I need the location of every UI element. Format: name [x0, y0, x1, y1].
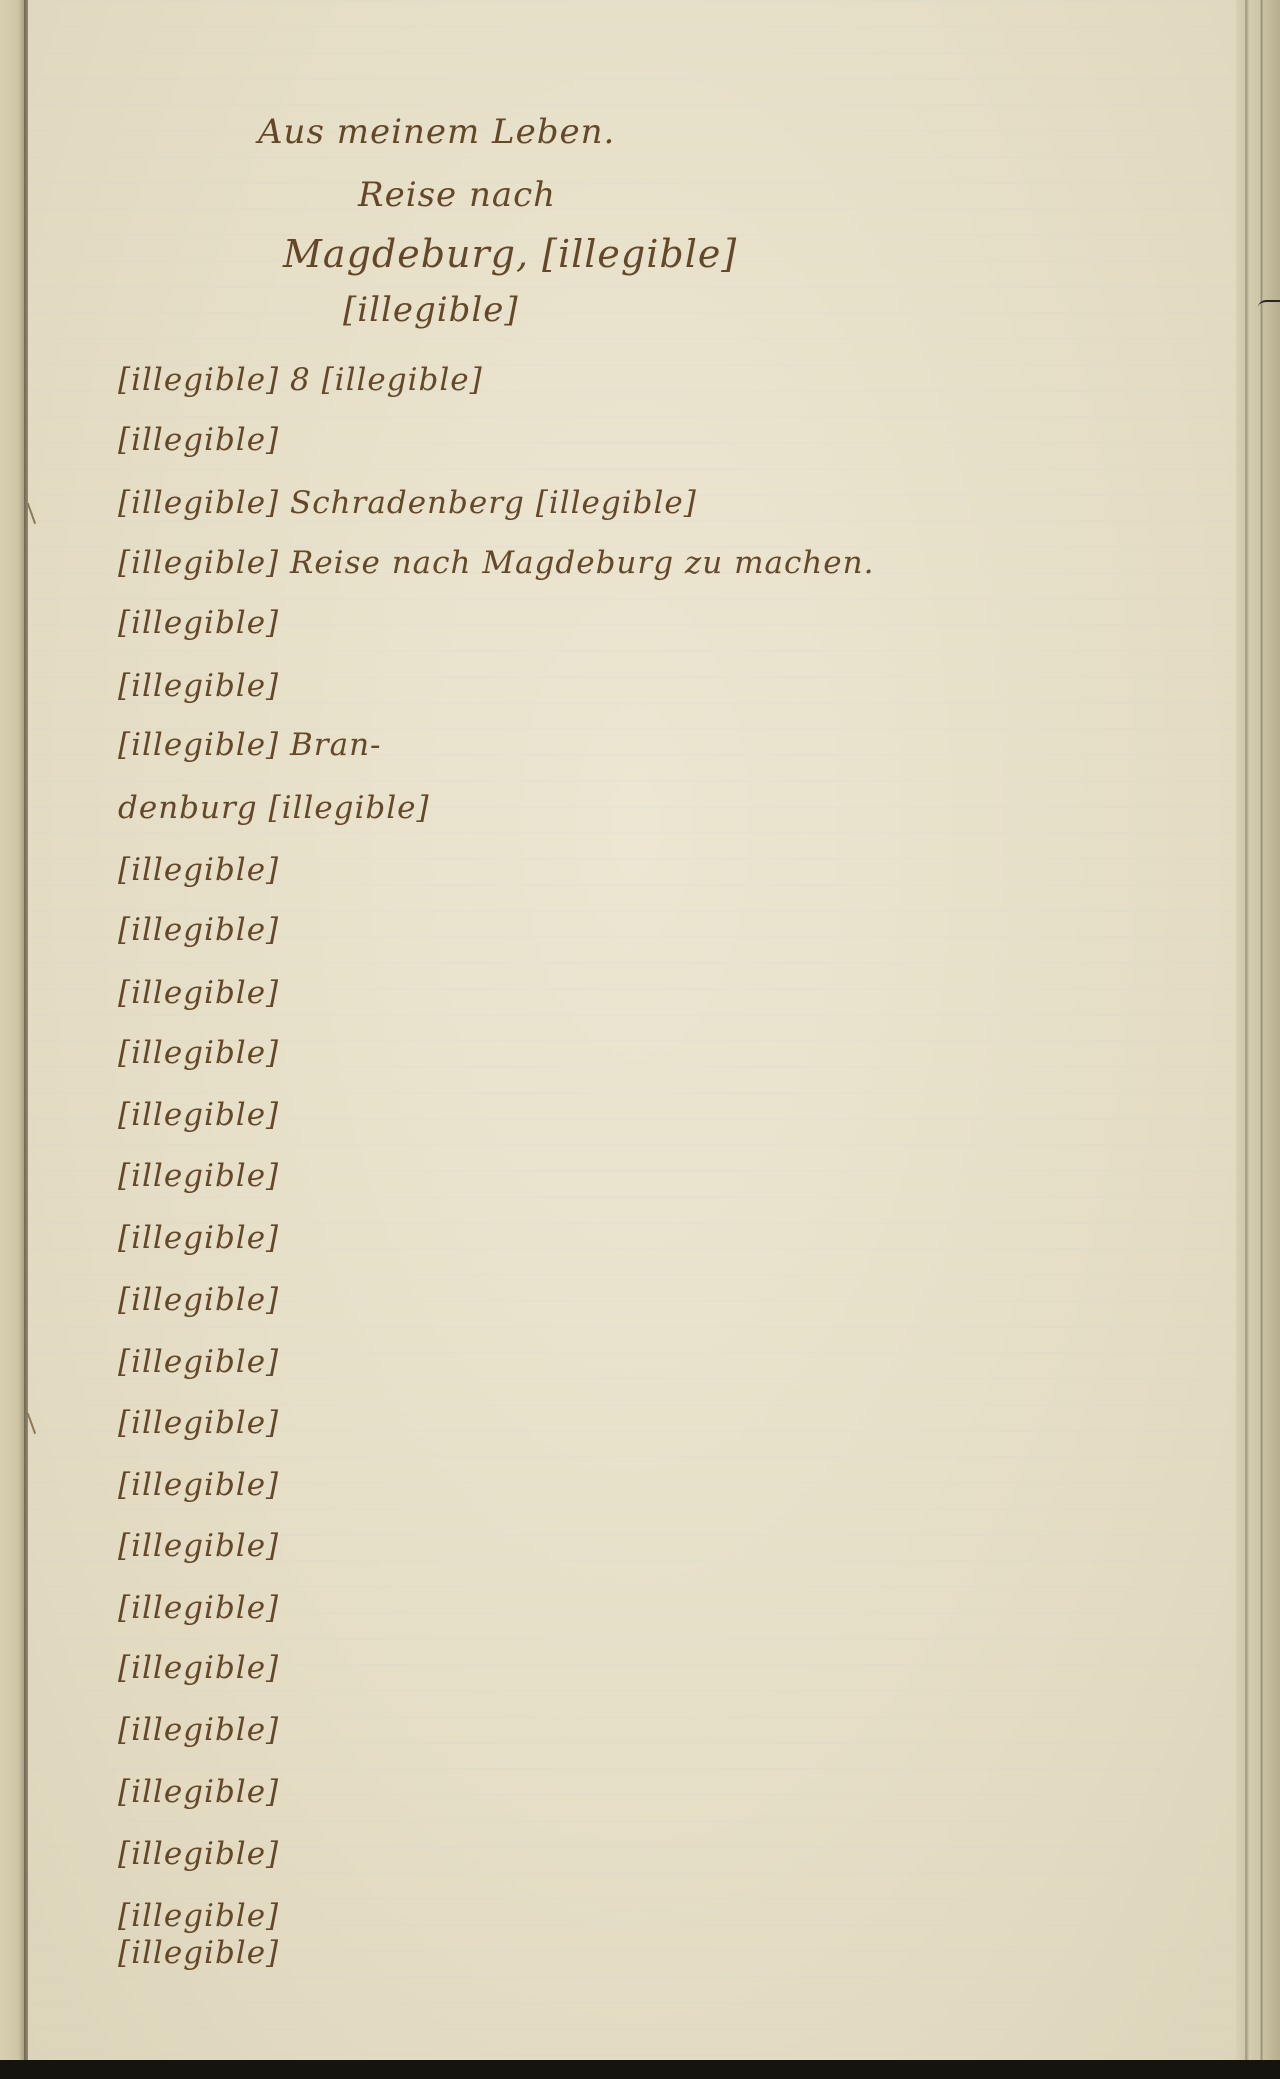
body-line: [illegible]	[118, 1712, 279, 1748]
body-line: [illegible]	[118, 1282, 279, 1318]
body-line: [illegible]	[118, 1158, 279, 1194]
body-line: [illegible] Bran-	[118, 727, 382, 763]
body-line: [illegible]	[118, 1097, 279, 1133]
page-fore-edges	[1236, 0, 1280, 2070]
manuscript-page: Aus meinem Leben. Reise nach Magdeburg, …	[28, 0, 1242, 2062]
body-line: [illegible] 8 [illegible]	[118, 362, 483, 398]
manuscript-scan: Aus meinem Leben. Reise nach Magdeburg, …	[0, 0, 1280, 2079]
body-line: [illegible]	[118, 1035, 279, 1071]
body-line: [illegible] Reise nach Magdeburg zu mach…	[118, 545, 874, 581]
body-line: [illegible]	[118, 1220, 279, 1256]
heading-line-4: [illegible]	[343, 290, 519, 330]
body-line: [illegible]	[118, 1935, 279, 1971]
scan-bottom-shadow	[0, 2060, 1280, 2079]
body-line: [illegible]	[118, 1344, 279, 1380]
margin-mark	[27, 498, 50, 524]
body-line: [illegible]	[118, 852, 279, 888]
body-line: [illegible]	[118, 975, 279, 1011]
heading-line-1: Aus meinem Leben.	[258, 112, 615, 152]
body-line: [illegible]	[118, 422, 279, 458]
body-line: [illegible]	[118, 605, 279, 641]
body-line: [illegible]	[118, 1405, 279, 1441]
body-line: [illegible] Schradenberg [illegible]	[118, 485, 697, 521]
body-line: [illegible]	[118, 1650, 279, 1686]
margin-mark	[27, 1408, 50, 1434]
body-line: [illegible]	[118, 912, 279, 948]
body-line: [illegible]	[118, 668, 279, 704]
body-line: [illegible]	[118, 1590, 279, 1626]
body-line: denburg [illegible]	[118, 790, 430, 826]
body-line: [illegible]	[118, 1898, 279, 1934]
heading-line-3: Magdeburg, [illegible]	[283, 232, 737, 276]
body-line: [illegible]	[118, 1836, 279, 1872]
body-line: [illegible]	[118, 1467, 279, 1503]
body-line: [illegible]	[118, 1528, 279, 1564]
body-line: [illegible]	[118, 1774, 279, 1810]
previous-leaf-edge	[0, 0, 26, 2060]
heading-line-2: Reise nach	[358, 175, 556, 215]
bookmark-thread	[1258, 300, 1280, 318]
